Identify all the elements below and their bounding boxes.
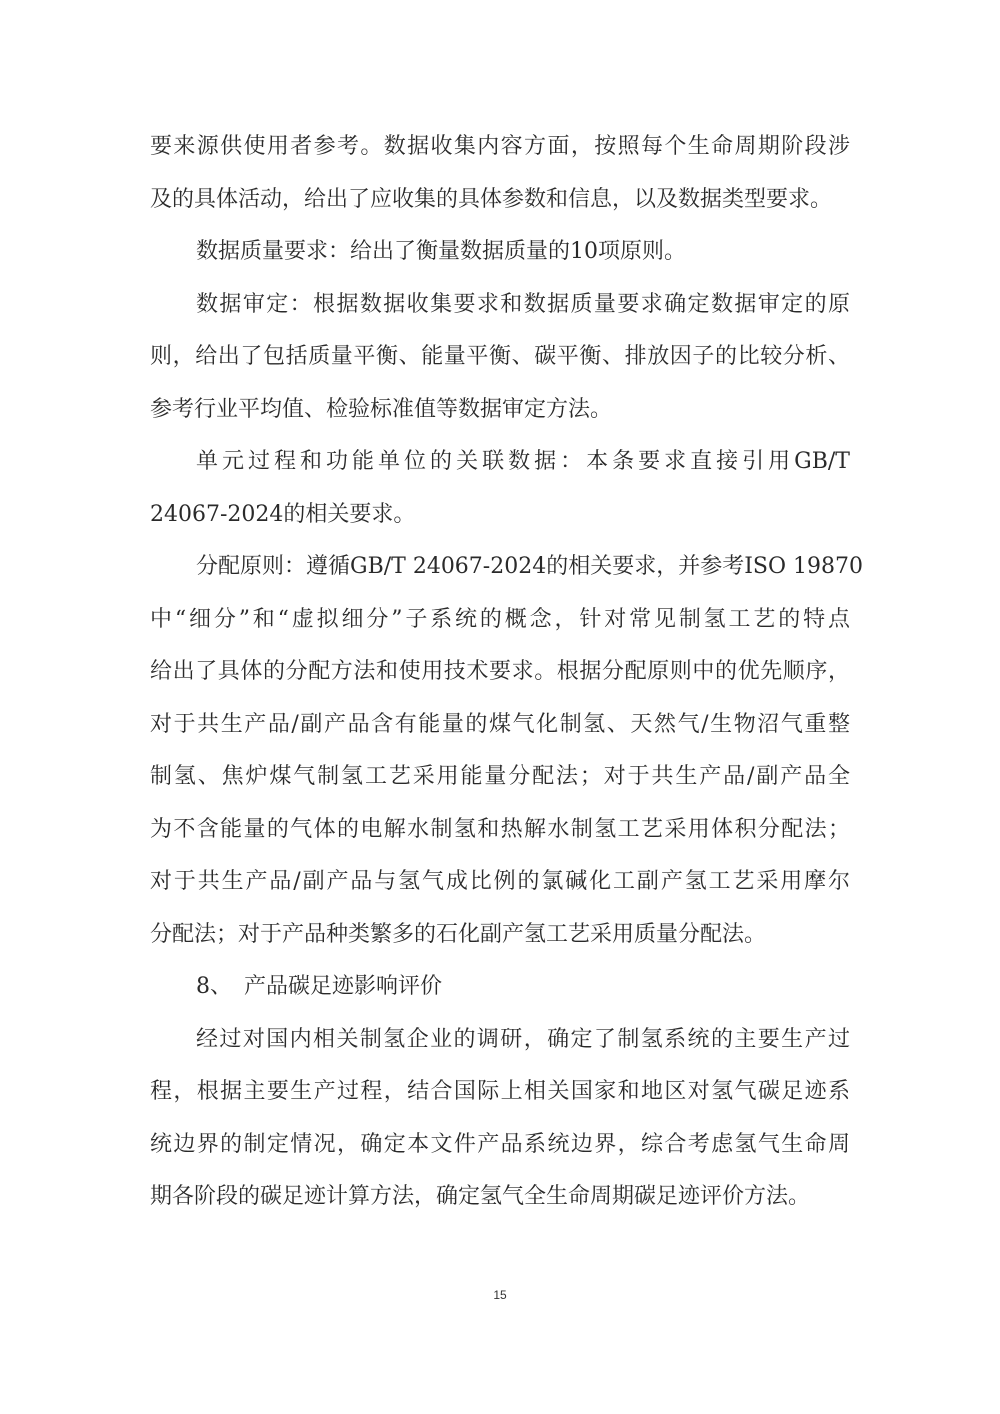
paragraph-unit-process-data: 单元过程和功能单位的关联数据：本条要求直接引用GB/T 24067-2024的相…: [150, 436, 850, 541]
paragraph-data-quality: 数据质量要求：给出了衡量数据质量的10项原则。: [150, 226, 850, 279]
section-title: 产品碳足迹影响评价: [244, 974, 442, 999]
text-line: 对于共生产品/副产品含有能量的煤气化制氢、天然气/生物沼气重整: [150, 699, 850, 752]
text-line: 单元过程和功能单位的关联数据：本条要求直接引用GB/T: [150, 436, 850, 489]
paragraph-allocation-principles: 分配原则：遵循GB/T 24067-2024的相关要求，并参考ISO 19870…: [150, 541, 850, 961]
text-line: 及的具体活动，给出了应收集的具体参数和信息，以及数据类型要求。: [150, 174, 850, 227]
text-line: 给出了具体的分配方法和使用技术要求。根据分配原则中的优先顺序，: [150, 646, 850, 699]
text-line: 24067-2024的相关要求。: [150, 489, 850, 542]
section-heading: 8、产品碳足迹影响评价: [150, 961, 850, 1014]
text-line: 中“细分”和“虚拟细分”子系统的概念，针对常见制氢工艺的特点: [150, 594, 850, 647]
text-line: 参考行业平均值、检验标准值等数据审定方法。: [150, 384, 850, 437]
text-line: 分配法；对于产品种类繁多的石化副产氢工艺采用质量分配法。: [150, 909, 850, 962]
text-line: 经过对国内相关制氢企业的调研，确定了制氢系统的主要生产过: [150, 1014, 850, 1067]
text-line: 制氢、焦炉煤气制氢工艺采用能量分配法；对于共生产品/副产品全: [150, 751, 850, 804]
section-number: 8、: [196, 961, 244, 1014]
text-line: 要来源供使用者参考。数据收集内容方面，按照每个生命周期阶段涉: [150, 121, 850, 174]
text-line: 期各阶段的碳足迹计算方法，确定氢气全生命周期碳足迹评价方法。: [150, 1171, 850, 1224]
page-number: 15: [0, 1288, 1000, 1302]
paragraph-data-validation: 数据审定：根据数据收集要求和数据质量要求确定数据审定的原 则，给出了包括质量平衡…: [150, 279, 850, 437]
document-page: 要来源供使用者参考。数据收集内容方面，按照每个生命周期阶段涉 及的具体活动，给出…: [150, 121, 850, 1224]
text-line: 程，根据主要生产过程，结合国际上相关国家和地区对氢气碳足迹系: [150, 1066, 850, 1119]
text-line: 统边界的制定情况，确定本文件产品系统边界，综合考虑氢气生命周: [150, 1119, 850, 1172]
text-line: 对于共生产品/副产品与氢气成比例的氯碱化工副产氢工艺采用摩尔: [150, 856, 850, 909]
text-line: 数据审定：根据数据收集要求和数据质量要求确定数据审定的原: [150, 279, 850, 332]
text-line: 分配原则：遵循GB/T 24067-2024的相关要求，并参考ISO 19870: [150, 541, 850, 594]
paragraph-impact-assessment: 经过对国内相关制氢企业的调研，确定了制氢系统的主要生产过 程，根据主要生产过程，…: [150, 1014, 850, 1224]
text-line: 为不含能量的气体的电解水制氢和热解水制氢工艺采用体积分配法；: [150, 804, 850, 857]
text-line: 数据质量要求：给出了衡量数据质量的10项原则。: [150, 226, 850, 279]
text-line: 则，给出了包括质量平衡、能量平衡、碳平衡、排放因子的比较分析、: [150, 331, 850, 384]
paragraph-data-collection: 要来源供使用者参考。数据收集内容方面，按照每个生命周期阶段涉 及的具体活动，给出…: [150, 121, 850, 226]
